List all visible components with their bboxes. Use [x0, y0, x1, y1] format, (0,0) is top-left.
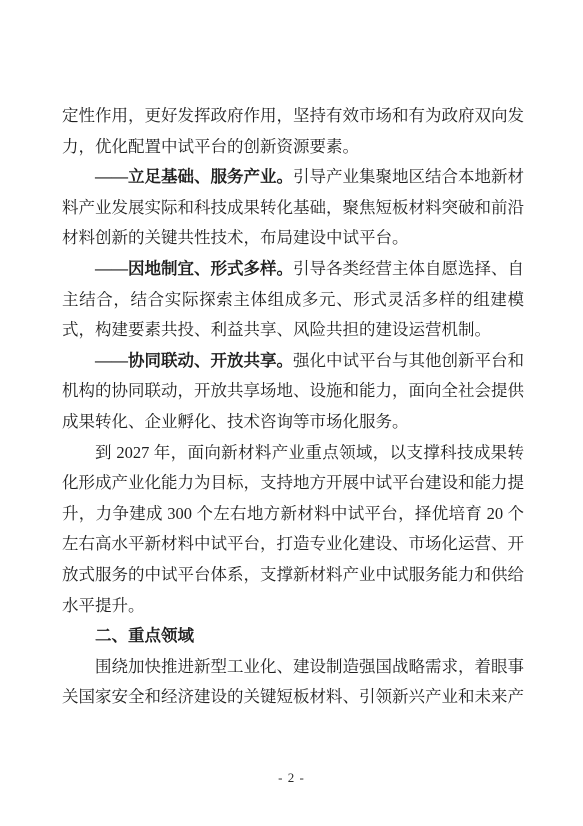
- paragraph-principle-1: ——立足基础、服务产业。引导产业集聚地区结合本地新材料产业发展实际和科技成果转化…: [62, 162, 524, 254]
- paragraph-text: 定性作用，更好发挥政府作用，坚持有效市场和有为政府双向发力，优化配置中试平台的创…: [62, 106, 524, 156]
- page-number: - 2 -: [0, 770, 583, 786]
- document-content: 定性作用，更好发挥政府作用，坚持有效市场和有为政府双向发力，优化配置中试平台的创…: [62, 101, 524, 713]
- paragraph-text: 到 2027 年，面向新材料产业重点领域，以支撑科技成果转化形成产业化能力为目标…: [62, 443, 524, 615]
- paragraph-principle-3: ——协同联动、开放共享。强化中试平台与其他创新平台和机构的协同联动，开放共享场地…: [62, 346, 524, 438]
- section-heading-text: 二、重点领域: [95, 627, 194, 645]
- paragraph-key-areas: 围绕加快推进新型工业化、建设制造强国战略需求，着眼事关国家安全和经济建设的关键短…: [62, 652, 524, 713]
- principle-3-title: ——协同联动、开放共享。: [95, 351, 293, 370]
- paragraph-text: 围绕加快推进新型工业化、建设制造强国战略需求，着眼事关国家安全和经济建设的关键短…: [62, 657, 524, 707]
- document-page: 定性作用，更好发挥政府作用，坚持有效市场和有为政府双向发力，优化配置中试平台的创…: [0, 0, 583, 826]
- section-heading: 二、重点领域: [62, 621, 524, 652]
- principle-1-title: ——立足基础、服务产业。: [95, 167, 293, 186]
- principle-2-title: ——因地制宜、形式多样。: [95, 259, 293, 278]
- paragraph-continuation: 定性作用，更好发挥政府作用，坚持有效市场和有为政府双向发力，优化配置中试平台的创…: [62, 101, 524, 162]
- paragraph-goal-2027: 到 2027 年，面向新材料产业重点领域，以支撑科技成果转化形成产业化能力为目标…: [62, 438, 524, 622]
- paragraph-principle-2: ——因地制宜、形式多样。引导各类经营主体自愿选择、自主结合，结合实际探索主体组成…: [62, 254, 524, 346]
